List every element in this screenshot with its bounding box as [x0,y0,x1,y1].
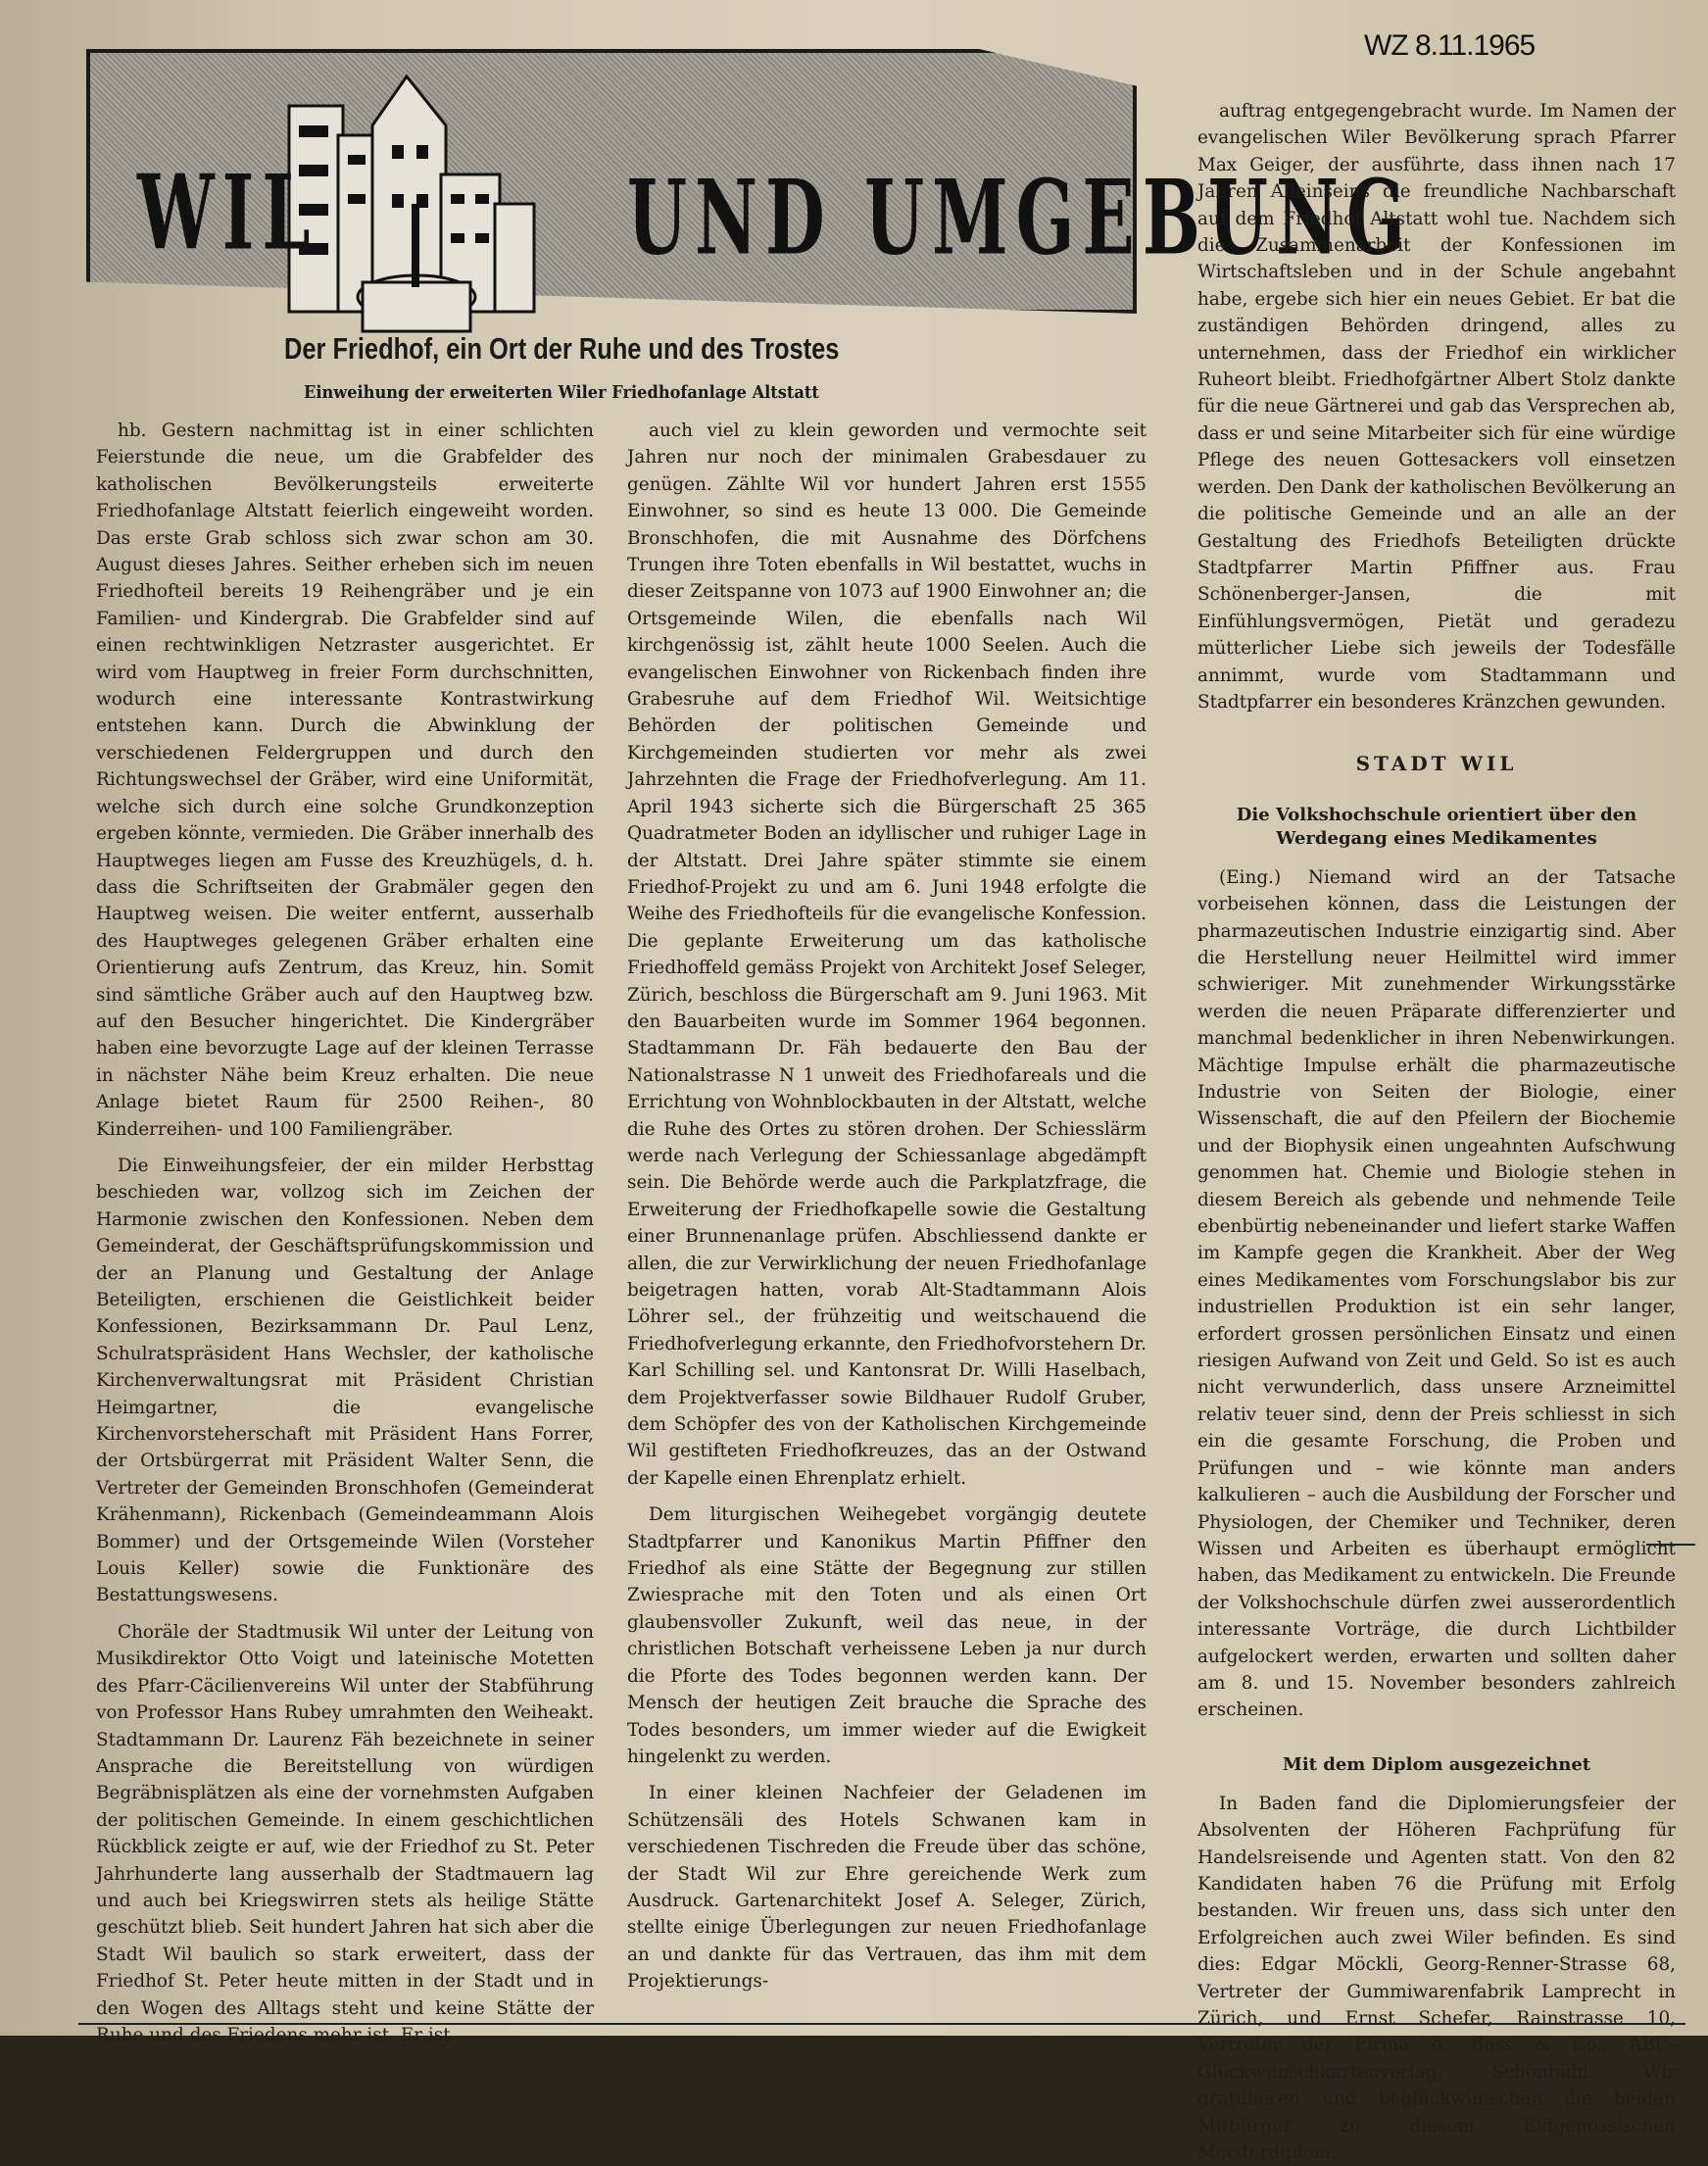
article-column-3: auftrag entgegengebracht wurde. Im Namen… [1197,98,1676,2036]
paragraph: auftrag entgegengebracht wurde. Im Namen… [1197,98,1676,715]
paragraph: hb. Gestern nachmittag ist in einer schl… [96,418,594,1143]
newspaper-page: WZ 8.11.1965 WIL UND UMGEBUNG Der Friedh… [0,0,1708,2036]
paragraph: Die Einweihungsfeier, der ein milder Her… [96,1153,594,1609]
vhs-article-body: (Eing.) Niemand wird an der Tatsache vor… [1197,864,1676,1724]
paragraph: Choräle der Stadtmusik Wil unter der Lei… [96,1619,594,2036]
article-subheadline: Einweihung der erweiterten Wiler Friedho… [304,382,819,403]
bottom-rule [78,2023,1685,2025]
diplom-article-headline: Mit dem Diplom ausgezeichnet [1197,1753,1676,1777]
paragraph: In einer kleinen Nachfeier der Geladenen… [627,1780,1147,1994]
date-stamp: WZ 8.11.1965 [1364,29,1535,63]
banner-title-wil: WIL [137,151,318,273]
section-title: STADT WIL [1197,751,1676,777]
paragraph: auch viel zu klein geworden und vermocht… [627,418,1147,1492]
article-column-2: auch viel zu klein geworden und vermocht… [627,418,1147,1995]
paragraph: Dem liturgischen Weihegebet vorgängig de… [627,1501,1147,1770]
article-column-1: hb. Gestern nachmittag ist in einer schl… [96,418,594,2036]
town-square-fountain-illustration [279,67,603,361]
article-headline: Der Friedhof, ein Ort der Ruhe und des T… [284,331,839,367]
column-rule [1646,1544,1695,1546]
vhs-article-headline: Die Volkshochschule orientiert über den … [1197,804,1676,851]
diplom-article-body: In Baden fand die Diplomierungsfeier der… [1197,1791,1676,2036]
